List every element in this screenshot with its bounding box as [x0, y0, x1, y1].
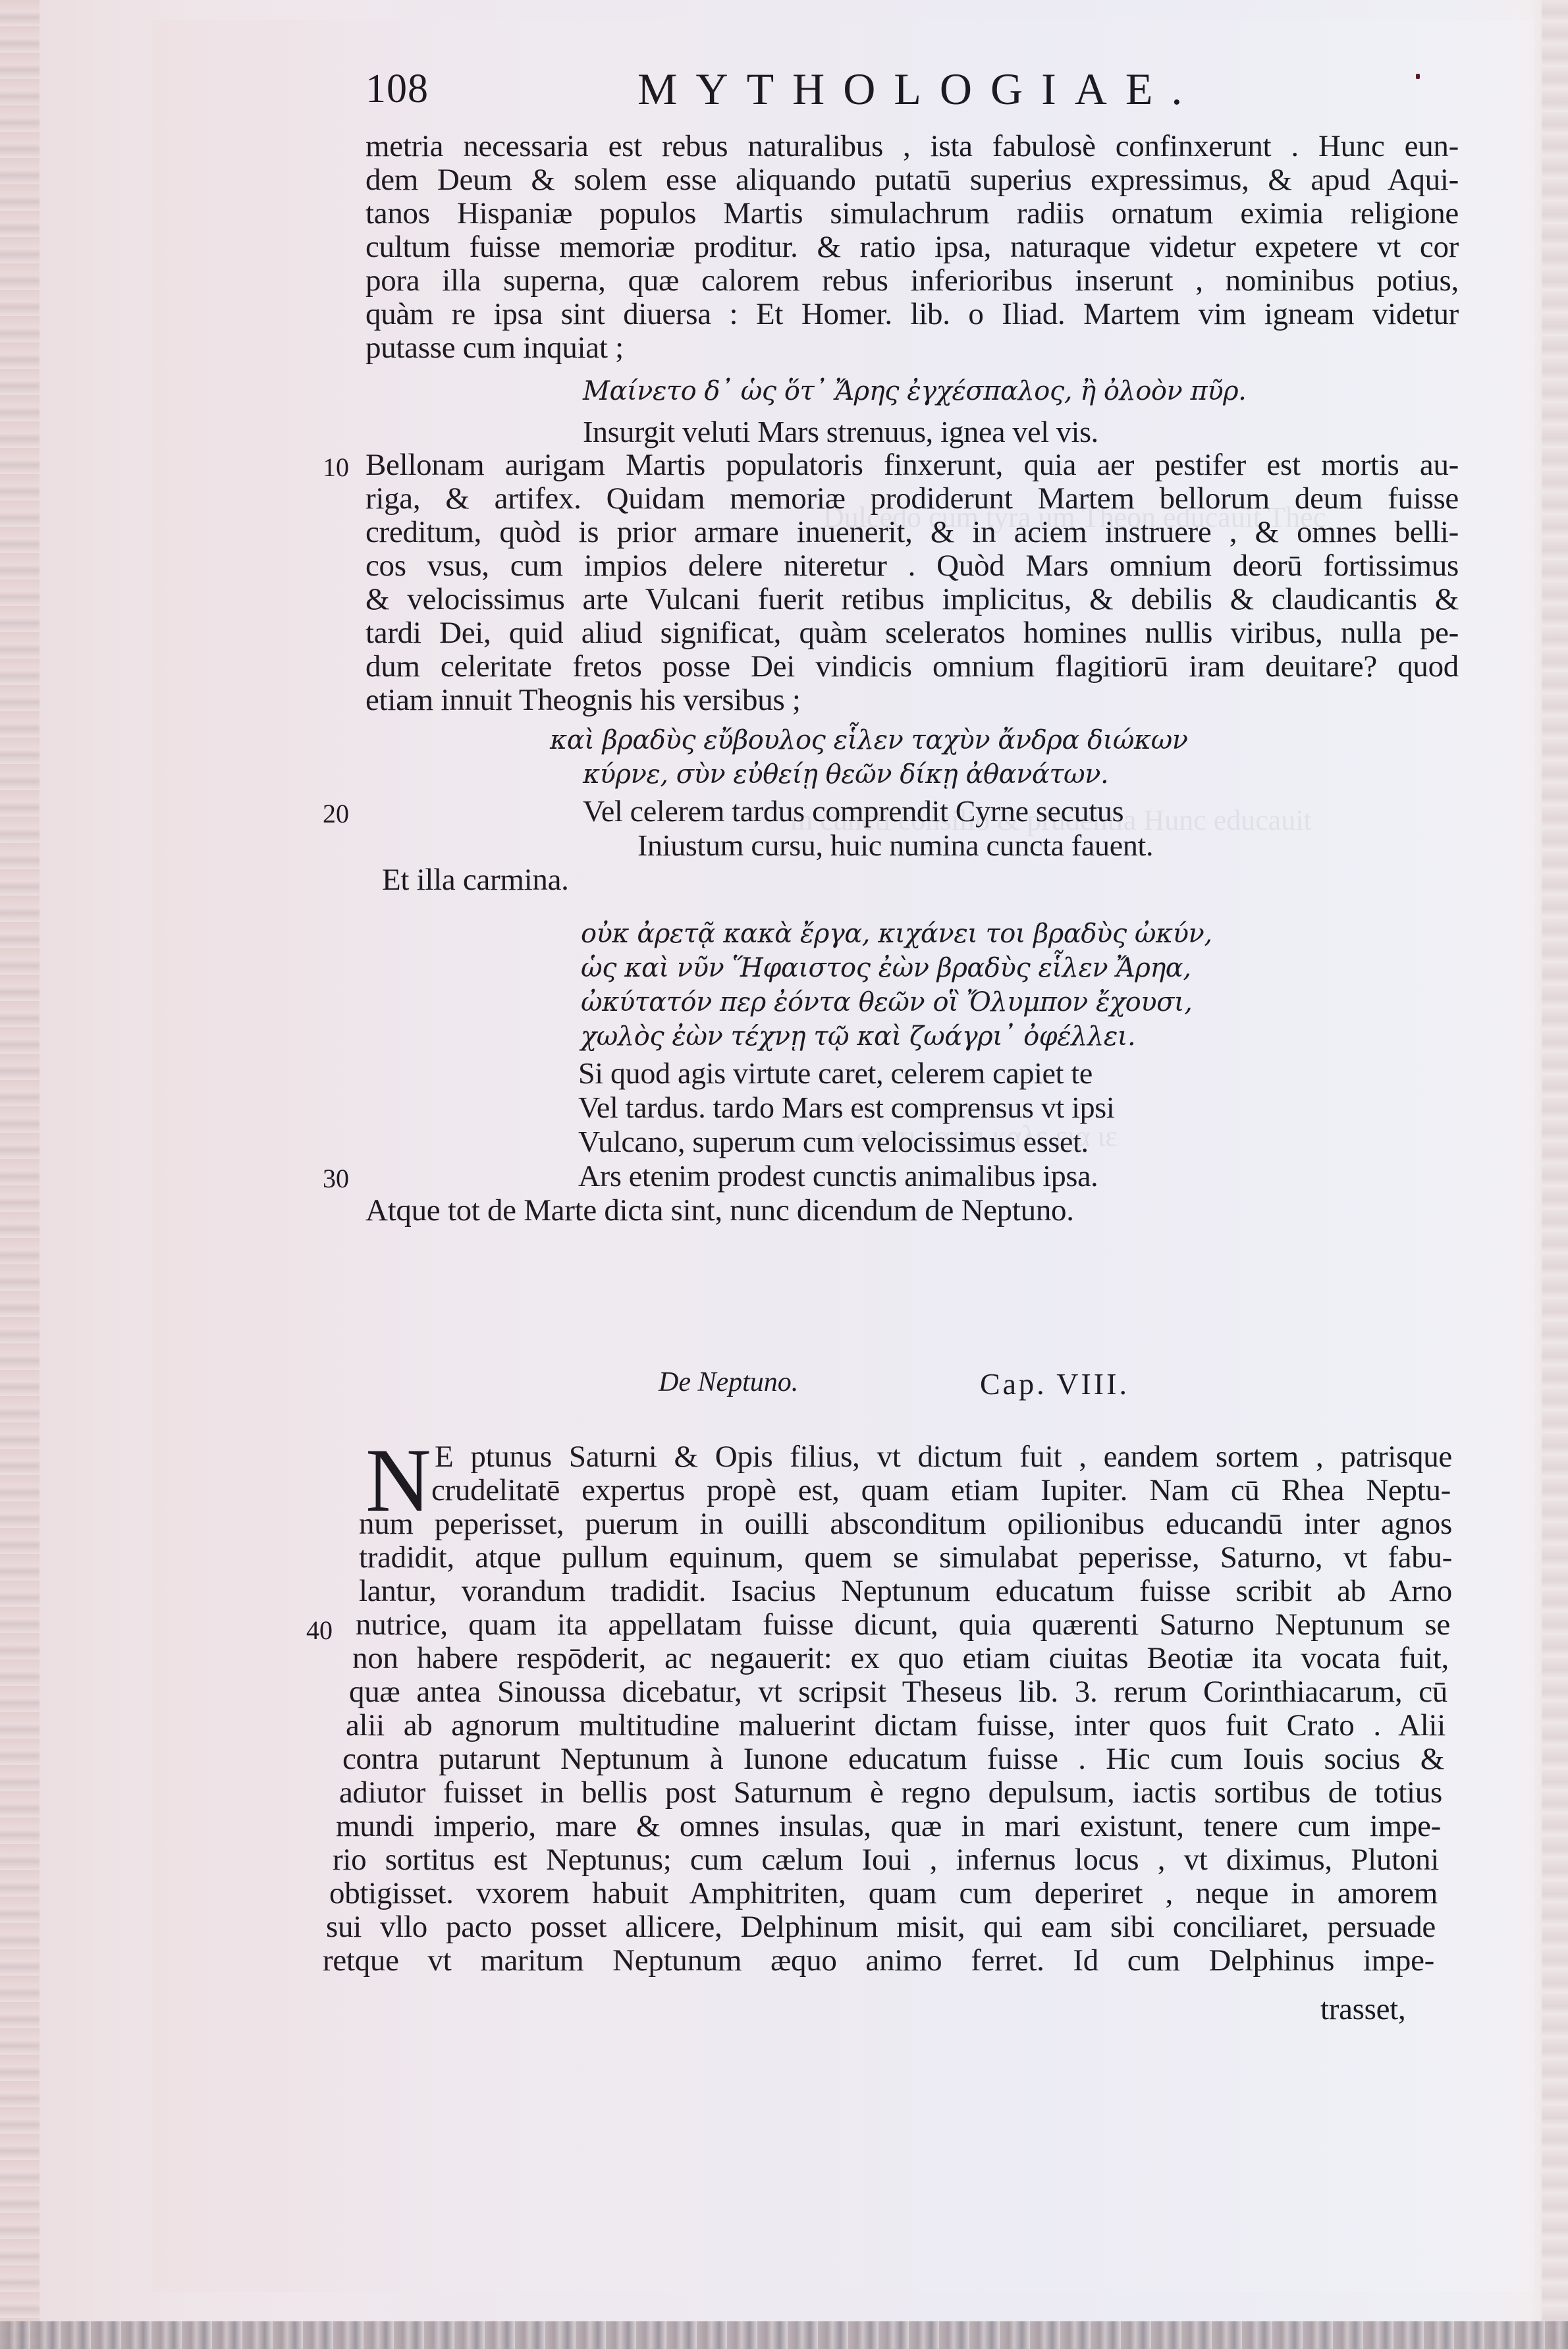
- ink-mark: [1416, 74, 1420, 79]
- text-line: lantur, vorandum tradidit. Isacius Neptu…: [359, 1574, 1452, 1608]
- text-line: nutrice, quam ita appellatam fuisse dicu…: [356, 1607, 1450, 1642]
- greek-verse: οὐκ ἀρετᾷ κακὰ ἔργα, κιχάνει τοι βραδὺς …: [581, 917, 1212, 951]
- text-line: & velocissimus arte Vulcani fuerit retib…: [365, 582, 1459, 616]
- text-line: crudelitatē expertus propè est, quam eti…: [431, 1473, 1451, 1507]
- text-line: retque vt maritum Neptunum æquo animo fe…: [323, 1943, 1434, 1978]
- text-line: quæ antea Sinoussa dicebatur, vt scripsi…: [349, 1675, 1447, 1709]
- line-number: 30: [323, 1163, 349, 1194]
- text-line: tradidit, atque pullum equinum, quem se …: [359, 1540, 1452, 1575]
- text-line: num peperisset, puerum in ouilli abscond…: [359, 1507, 1452, 1541]
- text-line: dem Deum & solem esse aliquando putatū s…: [365, 163, 1459, 197]
- text-line: Atque tot de Marte dicta sint, nunc dice…: [365, 1193, 1074, 1228]
- text-line: tardi Dei, quid aliud significat, quàm s…: [365, 616, 1459, 650]
- text-line: pora illa superna, quæ calorem rebus inf…: [365, 263, 1459, 298]
- catchword: trasset,: [1320, 1992, 1405, 2026]
- running-head: MYTHOLOGIAE.: [637, 63, 1201, 115]
- text-line: riga, & artifex. Quidam memoriæ prodider…: [365, 481, 1459, 516]
- page-number: 108: [365, 66, 429, 113]
- greek-verse: χωλὸς ἐὼν τέχνῃ τῷ καὶ ζωάγρι᾽ ὀφέλλει.: [581, 1019, 1135, 1054]
- section-title: De Neptuno.: [659, 1366, 798, 1398]
- greek-verse: κύρνε, σὺν εὐθείῃ θεῶν δίκῃ ἀθανάτων.: [583, 757, 1108, 792]
- page-edge-bottom: [0, 2321, 1568, 2349]
- text-line: cultum fuisse memoriæ proditur. & ratio …: [365, 230, 1459, 264]
- text-line: creditum, quòd is prior armare inuenerit…: [365, 515, 1459, 549]
- line-number: 10: [323, 452, 349, 483]
- latin-verse: Insurgit veluti Mars strenuus, ignea vel…: [583, 415, 1098, 449]
- text-line: metria necessaria est rebus naturalibus …: [365, 129, 1459, 163]
- text-line: dum celeritate fretos posse Dei vindicis…: [365, 649, 1459, 684]
- text-line: non habere respōderit, ac negauerit: ex …: [352, 1641, 1449, 1675]
- page-edge-left: [0, 0, 40, 2349]
- latin-verse: Vulcano, superum cum velocissimus esset.: [578, 1125, 1089, 1159]
- greek-verse: ὠκύτατόν περ ἐόντα θεῶν οἳ Ὄλυμπον ἔχουσ…: [581, 985, 1192, 1019]
- line-number: 20: [323, 798, 349, 829]
- text-line: putasse cum inquiat ;: [365, 331, 624, 365]
- page-edge-right: [1542, 0, 1568, 2349]
- text-line: cos vsus, cum impios delere niteretur . …: [365, 549, 1459, 583]
- text-line: obtigisset. vxorem habuit Amphitriten, q…: [329, 1876, 1438, 1910]
- greek-verse: καὶ βραδὺς εὔβουλος εἷλεν ταχὺν ἄνδρα δι…: [550, 723, 1188, 757]
- text-line: rio sortitus est Neptunus; cum cælum Iou…: [333, 1843, 1439, 1877]
- text-line: etiam innuit Theognis his versibus ;: [365, 683, 801, 717]
- greek-verse: ὡς καὶ νῦν Ἥφαιστος ἐὼν βραδὺς εἷλεν Ἄρη…: [581, 951, 1191, 985]
- greek-verse: Μαίνετο δ᾽ ὡς ὅτ᾽ Ἄρης ἐγχέσπαλος, ἢ ὀλο…: [583, 374, 1246, 408]
- text-line: alii ab agnorum multitudine maluerint di…: [346, 1708, 1446, 1742]
- text-line: Et illa carmina.: [382, 863, 569, 897]
- text-line: sui vllo pacto posset allicere, Delphinu…: [326, 1910, 1436, 1944]
- text-line: contra putarunt Neptunum à Iunone educat…: [342, 1742, 1444, 1776]
- latin-verse: Iniustum cursu, huic numina cuncta fauen…: [637, 828, 1153, 863]
- text-line: tanos Hispaniæ populos Martis simulachru…: [365, 196, 1459, 230]
- latin-verse: Vel tardus. tardo Mars est comprensus vt…: [578, 1091, 1114, 1125]
- text-line: Bellonam aurigam Martis populatoris finx…: [365, 448, 1459, 482]
- line-number: 40: [306, 1615, 333, 1646]
- chapter-number: Cap. VIII.: [980, 1366, 1129, 1401]
- text-line: mundi imperio, mare & omnes insulas, quæ…: [336, 1809, 1441, 1843]
- text-line: adiutor fuisset in bellis post Saturnum …: [339, 1775, 1442, 1810]
- latin-verse: Vel celerem tardus comprendit Cyrne secu…: [583, 794, 1123, 828]
- latin-verse: Ars etenim prodest cunctis animalibus ip…: [578, 1159, 1098, 1193]
- text-line: quàm re ipsa sint diuersa : Et Homer. li…: [365, 297, 1459, 331]
- text-line: E ptunus Saturni & Opis filius, vt dictu…: [435, 1440, 1452, 1474]
- latin-verse: Si quod agis virtute caret, celerem capi…: [578, 1056, 1093, 1091]
